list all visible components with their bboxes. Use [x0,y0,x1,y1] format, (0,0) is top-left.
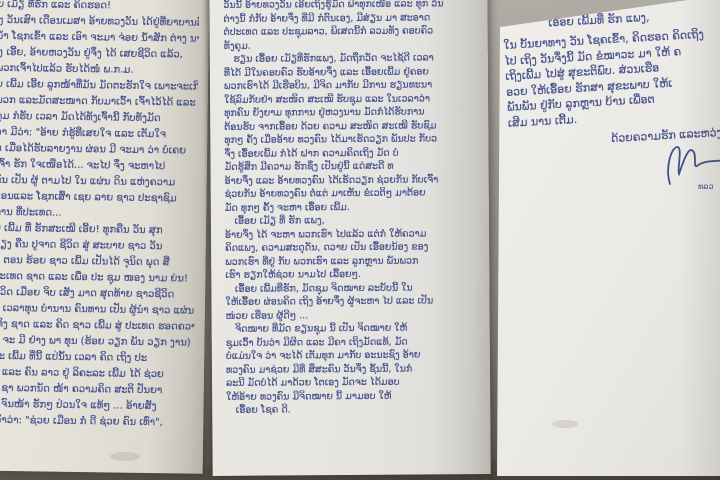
letter-page-2: ວັນນີ້ ອ້າຍທວງວັນ ເອີຍເຖິງຮູ້ມັດ ຟ້າທຸກເ… [209,0,490,476]
paper-smudge [552,420,578,428]
page-3-content: ເອື້ອຍ ເພີ້ມທີ່ ຮັກ ແພງ, ໃນ ບັ້ນຍາທາງ ວັ… [502,5,720,153]
handwritten-line: ເອື້ອຍ ໂຊຄ ດີ. [226,402,486,417]
page-3-lines: ໃນ ບັ້ນຍາທາງ ວັນ ໂຊຄເຂົ້າ, ຄິດຮອດ ຄິດເຖິ… [503,25,720,131]
handwritten-line: ເວົ້າວ່າ: "ຊ່ວຍ ເມືອນ ກໍ່ ດີ ຊ່ວຍ ຄົນ ເທ… [0,413,193,432]
page-2-lines: ວັນນີ້ ອ້າຍທວງວັນ ເອີຍເຖິງຮູ້ມັດ ຟ້າທຸກເ… [223,0,486,417]
signer-name: ທລວ [698,182,714,191]
letter-page-1: ຍ ເມັຽ ທີ່ຮັກ ແລະ ຄິດຮອດ!ໆ ວັນເສົາ ເດືອນ… [0,0,209,474]
letter-page-3: ເອື້ອຍ ເພີ້ມທີ່ ຮັກ ແພງ, ໃນ ບັ້ນຍາທາງ ວັ… [492,0,720,476]
page-1-lines: ຍ ເມັຽ ທີ່ຮັກ ແລະ ຄິດຮອດ!ໆ ວັນເສົາ ເດືອນ… [0,0,199,432]
photo-of-handwritten-letter: ຍ ເມັຽ ທີ່ຮັກ ແລະ ຄິດຮອດ!ໆ ວັນເສົາ ເດືອນ… [0,0,720,480]
